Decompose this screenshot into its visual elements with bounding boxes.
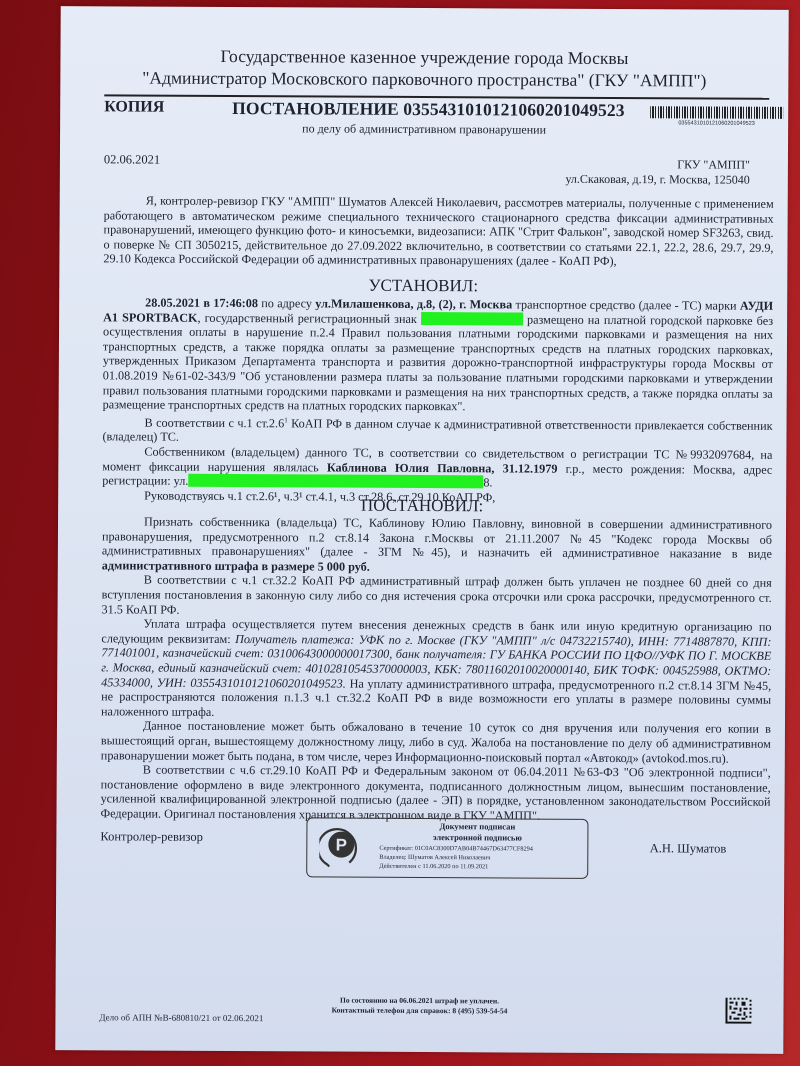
redacted-address: [188, 474, 483, 489]
liability-paragraph: В соответствии с ч.1 ст.2.61 КоАП РФ в д…: [102, 412, 772, 448]
plate-label: , государственный регистрационный знак: [197, 310, 416, 325]
issuer-address: ул.Скаковая, д.19, г. Москва, 125040: [565, 172, 749, 188]
liability-text-a: В соответствии с ч.1 ст.2.6: [145, 415, 285, 430]
datamatrix-code-icon: [725, 998, 751, 1024]
vehicle-prefix: транспортное средство (далее - ТС) марки: [516, 297, 737, 312]
stamp-certificate: Сертификат: 01C0AC8300D7AB04B74467D63477…: [379, 845, 533, 853]
violation-datetime: 28.05.2021 в 17:46:08: [145, 296, 258, 311]
svg-text:P: P: [336, 836, 347, 855]
verdict-paragraph: Признать собственника (владельца) ТС, Ка…: [102, 514, 772, 576]
resolved-section: Признать собственника (владельца) ТС, Ка…: [100, 514, 772, 824]
violation-paragraph: 28.05.2021 в 17:46:08 по адресу ул.Милаш…: [103, 295, 774, 415]
e-signature-paragraph: В соответствии с ч.6 ст.29.10 КоАП РФ и …: [100, 762, 770, 824]
copy-label: КОПИЯ: [104, 98, 164, 116]
barcode-icon: [650, 106, 783, 119]
document-subtitle: по делу об административном правонарушен…: [60, 120, 788, 139]
violation-address: ул.Милашенкова, д.8, (2), г. Москва: [315, 296, 512, 311]
stamp-title-2: электронной подписью: [377, 832, 577, 843]
redacted-plate: [421, 312, 523, 326]
e-signature-stamp: P Документ подписан электронной подписью…: [306, 817, 588, 878]
fine-amount: административного штрафа в размере 5 000…: [102, 558, 370, 573]
owner-text-c: 8.: [483, 476, 492, 490]
stamp-validity: Действителен с 11.06.2020 по 11.09.2021: [379, 863, 488, 871]
payment-deadline-paragraph: В соответствии с ч.1 ст.32.2 КоАП РФ адм…: [102, 573, 772, 620]
signer-name: А.Н. Шуматов: [650, 841, 727, 856]
issuer-name: ГКУ "АМПП": [566, 157, 750, 173]
payment-requisites-paragraph: Уплата штрафа осуществляется путем внесе…: [101, 616, 772, 722]
violation-text: размещено на платной городской парковке …: [103, 312, 774, 413]
established-section: 28.05.2021 в 17:46:08 по адресу ул.Милаш…: [102, 295, 773, 506]
established-heading: УСТАНОВИЛ:: [59, 274, 787, 298]
address-prefix: по адресу: [261, 296, 312, 310]
intro-paragraph: Я, контролер-ревизор ГКУ "АМПП" Шуматов …: [103, 193, 773, 269]
stamp-owner: Владелец: Шуматов Алексей Николаевич: [379, 854, 490, 862]
intro-section: Я, контролер-ревизор ГКУ "АМПП" Шуматов …: [103, 193, 773, 269]
org-name-line2: "Администратор Московского парковочного …: [60, 66, 788, 92]
verdict-text: Признать собственника (владельца) ТС, Ка…: [102, 515, 772, 561]
issuer-block: ГКУ "АМПП" ул.Скаковая, д.19, г. Москва,…: [565, 157, 750, 188]
appeal-paragraph: Данное постановление может быть обжалова…: [101, 719, 771, 766]
stamp-title-1: Документ подписан: [377, 821, 577, 832]
parking-p-icon: P: [319, 822, 363, 872]
owner-name: Каблинова Юлия Павловна, 31.12.1979: [327, 460, 558, 475]
document-paper: Государственное казенное учреждение горо…: [55, 6, 788, 1054]
document-date: 02.06.2021: [104, 152, 160, 167]
document-title: ПОСТАНОВЛЕНИЕ 0355431010121060201049523: [232, 98, 624, 121]
owner-paragraph: Собственником (владельцем) данного ТС, в…: [102, 444, 772, 491]
signer-position: Контролер-ревизор: [100, 829, 203, 845]
case-number: Дело об АПН №В-680810/21 от 02.06.2021: [99, 1012, 263, 1023]
